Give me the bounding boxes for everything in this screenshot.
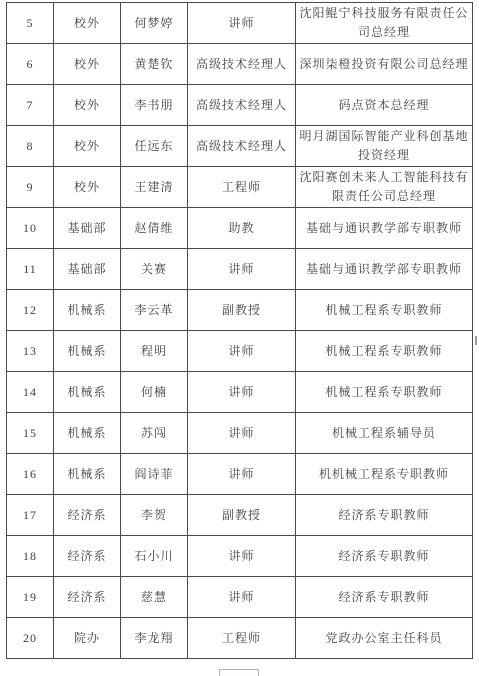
table-row: 9校外王建清工程师沈阳赛创未来人工智能科技有限责任公司总经理 bbox=[7, 167, 473, 208]
cell-dept: 机械系 bbox=[54, 290, 121, 331]
table-row: 20院办李龙翔工程师党政办公室主任科员 bbox=[7, 618, 473, 659]
cell-name: 何梦婷 bbox=[121, 3, 188, 44]
cell-role: 机械工程系专职教师 bbox=[296, 290, 473, 331]
cell-role: 基础与通识教学部专职教师 bbox=[296, 208, 473, 249]
table-row: 5校外何梦婷讲师沈阳鲲宁科技服务有限责任公司总经理 bbox=[7, 3, 473, 44]
table-row: 12机械系李云革副教授机械工程系专职教师 bbox=[7, 290, 473, 331]
cell-name: 石小川 bbox=[121, 536, 188, 577]
table-row: 19经济系慈慧讲师经济系专职教师 bbox=[7, 577, 473, 618]
cell-role: 沈阳鲲宁科技服务有限责任公司总经理 bbox=[296, 3, 473, 44]
cell-title: 助教 bbox=[188, 208, 296, 249]
cell-no: 11 bbox=[7, 249, 54, 290]
cell-no: 14 bbox=[7, 372, 54, 413]
cell-no: 17 bbox=[7, 495, 54, 536]
personnel-table: 5校外何梦婷讲师沈阳鲲宁科技服务有限责任公司总经理6校外黄楚钦高级技术经理人深圳… bbox=[6, 2, 473, 659]
cell-no: 20 bbox=[7, 618, 54, 659]
cell-dept: 机械系 bbox=[54, 372, 121, 413]
cell-title: 讲师 bbox=[188, 372, 296, 413]
table-row: 14机械系何楠讲师机械工程系专职教师 bbox=[7, 372, 473, 413]
cell-title: 讲师 bbox=[188, 536, 296, 577]
cell-no: 12 bbox=[7, 290, 54, 331]
table-row: 7校外李书朋高级技术经理人码点资本总经理 bbox=[7, 85, 473, 126]
cell-dept: 基础部 bbox=[54, 208, 121, 249]
cell-dept: 机械系 bbox=[54, 454, 121, 495]
cell-title: 高级技术经理人 bbox=[188, 126, 296, 167]
cell-role: 党政办公室主任科员 bbox=[296, 618, 473, 659]
cell-title: 讲师 bbox=[188, 413, 296, 454]
cell-dept: 院办 bbox=[54, 618, 121, 659]
cell-title: 讲师 bbox=[188, 577, 296, 618]
cell-role: 经济系专职教师 bbox=[296, 536, 473, 577]
cell-no: 19 bbox=[7, 577, 54, 618]
table-row: 8校外任远东高级技术经理人明月湖国际智能产业科创基地投资经理 bbox=[7, 126, 473, 167]
cell-no: 6 bbox=[7, 44, 54, 85]
cell-dept: 校外 bbox=[54, 85, 121, 126]
cell-dept: 经济系 bbox=[54, 495, 121, 536]
cell-dept: 校外 bbox=[54, 3, 121, 44]
cell-no: 8 bbox=[7, 126, 54, 167]
cell-title: 讲师 bbox=[188, 3, 296, 44]
cell-role: 机机械工程系专职教师 bbox=[296, 454, 473, 495]
cell-dept: 校外 bbox=[54, 44, 121, 85]
cell-role: 基础与通识教学部专职教师 bbox=[296, 249, 473, 290]
cell-no: 5 bbox=[7, 3, 54, 44]
cell-title: 副教授 bbox=[188, 290, 296, 331]
cell-dept: 机械系 bbox=[54, 331, 121, 372]
cell-title: 高级技术经理人 bbox=[188, 44, 296, 85]
cell-name: 王建清 bbox=[121, 167, 188, 208]
cell-name: 慈慧 bbox=[121, 577, 188, 618]
cell-dept: 基础部 bbox=[54, 249, 121, 290]
cell-role: 经济系专职教师 bbox=[296, 577, 473, 618]
cell-name: 李云革 bbox=[121, 290, 188, 331]
cell-dept: 校外 bbox=[54, 167, 121, 208]
cell-role: 机械工程系辅导员 bbox=[296, 413, 473, 454]
table-row: 15机械系苏闯讲师机械工程系辅导员 bbox=[7, 413, 473, 454]
cell-name: 任远东 bbox=[121, 126, 188, 167]
cell-dept: 经济系 bbox=[54, 536, 121, 577]
cell-name: 李贺 bbox=[121, 495, 188, 536]
cell-role: 机械工程系专职教师 bbox=[296, 331, 473, 372]
cell-no: 16 bbox=[7, 454, 54, 495]
cell-name: 赵倩维 bbox=[121, 208, 188, 249]
cell-name: 李龙翔 bbox=[121, 618, 188, 659]
personnel-table-body: 5校外何梦婷讲师沈阳鲲宁科技服务有限责任公司总经理6校外黄楚钦高级技术经理人深圳… bbox=[7, 3, 473, 659]
cell-role: 明月湖国际智能产业科创基地投资经理 bbox=[296, 126, 473, 167]
cell-name: 阎诗菲 bbox=[121, 454, 188, 495]
table-row: 18经济系石小川讲师经济系专职教师 bbox=[7, 536, 473, 577]
cell-name: 何楠 bbox=[121, 372, 188, 413]
cell-title: 讲师 bbox=[188, 454, 296, 495]
table-row: 16机械系阎诗菲讲师机机械工程系专职教师 bbox=[7, 454, 473, 495]
table-row: 11基础部关赛讲师基础与通识教学部专职教师 bbox=[7, 249, 473, 290]
bottom-partial-box bbox=[219, 669, 259, 676]
cell-no: 10 bbox=[7, 208, 54, 249]
table-row: 6校外黄楚钦高级技术经理人深圳柒橙投资有限公司总经理 bbox=[7, 44, 473, 85]
cell-role: 经济系专职教师 bbox=[296, 495, 473, 536]
cell-name: 关赛 bbox=[121, 249, 188, 290]
cell-name: 李书朋 bbox=[121, 85, 188, 126]
table-row: 13机械系程明讲师机械工程系专职教师 bbox=[7, 331, 473, 372]
cell-no: 13 bbox=[7, 331, 54, 372]
cell-title: 工程师 bbox=[188, 167, 296, 208]
cell-dept: 校外 bbox=[54, 126, 121, 167]
cell-dept: 机械系 bbox=[54, 413, 121, 454]
cell-name: 苏闯 bbox=[121, 413, 188, 454]
cell-role: 深圳柒橙投资有限公司总经理 bbox=[296, 44, 473, 85]
table-row: 10基础部赵倩维助教基础与通识教学部专职教师 bbox=[7, 208, 473, 249]
cell-title: 高级技术经理人 bbox=[188, 85, 296, 126]
cell-no: 15 bbox=[7, 413, 54, 454]
right-edge-artifact bbox=[475, 336, 477, 345]
cell-no: 7 bbox=[7, 85, 54, 126]
cell-role: 沈阳赛创未来人工智能科技有限责任公司总经理 bbox=[296, 167, 473, 208]
table-row: 17经济系李贺副教授经济系专职教师 bbox=[7, 495, 473, 536]
cell-role: 机械工程系专职教师 bbox=[296, 372, 473, 413]
cell-title: 工程师 bbox=[188, 618, 296, 659]
cell-title: 副教授 bbox=[188, 495, 296, 536]
cell-name: 程明 bbox=[121, 331, 188, 372]
cell-name: 黄楚钦 bbox=[121, 44, 188, 85]
cell-no: 9 bbox=[7, 167, 54, 208]
cell-dept: 经济系 bbox=[54, 577, 121, 618]
cell-no: 18 bbox=[7, 536, 54, 577]
cell-role: 码点资本总经理 bbox=[296, 85, 473, 126]
cell-title: 讲师 bbox=[188, 249, 296, 290]
cell-title: 讲师 bbox=[188, 331, 296, 372]
